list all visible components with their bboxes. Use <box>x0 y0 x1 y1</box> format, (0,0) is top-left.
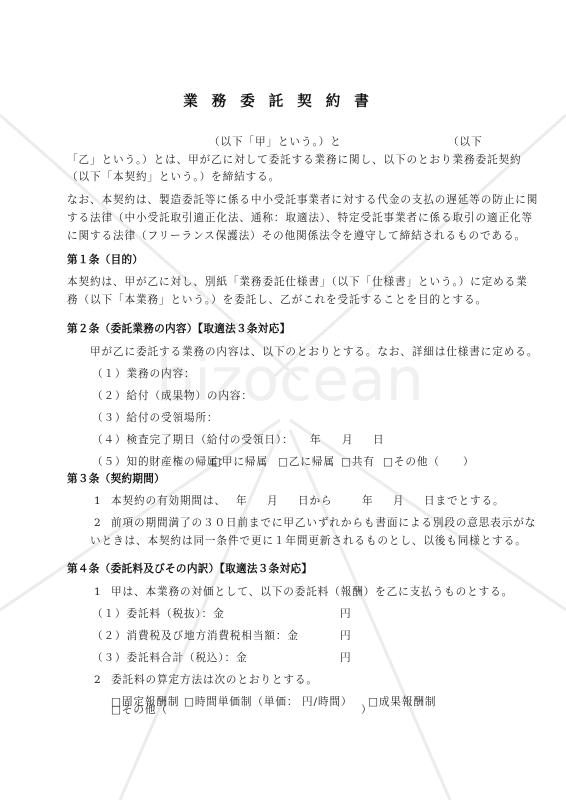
preamble-line-6: に関する法律（フリーランス保護法）その他関係法令を遵守して締結されるものである。 <box>67 229 526 243</box>
method-result-checkbox[interactable]: □成果報酬制 <box>368 695 436 709</box>
article-3-heading: 第３条（契約期間） <box>67 472 165 486</box>
article-2-heading: 第２条（委託業務の内容）【取適法３条対応】 <box>67 322 290 336</box>
article-1-line-1: 本契約は、甲が乙に対し、別紙「業務委託仕様書」（以下「仕様書」という。）に定める… <box>67 275 528 289</box>
article-2-intro: 甲が乙に委託する業務の内容は、以下のとおりとする。なお、詳細は仕様書に定める。 <box>90 345 538 359</box>
ip-option-shared[interactable]: □共有 <box>341 455 375 469</box>
fee-row-3-unit: 円 <box>340 651 352 665</box>
term-end-day: 日までとする。 <box>424 494 504 508</box>
article-2-item-1: （１）業務の内容： <box>92 367 195 381</box>
term-end-month: 月 <box>393 494 405 508</box>
article-4-para-1-text: 甲は、本業務の対価として、以下の委託料（報酬）を乙に支払うものとする。 <box>111 585 513 599</box>
ip-option-party-a[interactable]: □甲に帰属 <box>211 455 268 469</box>
article-2-item-2: （２）給付（成果物）の内容： <box>92 389 253 403</box>
fee-row-2-label: （２）消費税及び地方消費税相当額：金 <box>92 629 299 643</box>
term-start-year: 年 <box>236 494 248 508</box>
fee-row-2-unit: 円 <box>340 629 352 643</box>
preamble-line-2: 「乙」という。）とは、甲が乙に対して委託する業務に関し、以下のとおり業務委託契約 <box>67 153 521 167</box>
article-3-para-1-text: 本契約の有効期間は、 <box>111 494 226 508</box>
method-hourly-unit: 円/時間） <box>302 695 352 709</box>
ip-option-other-close: ） <box>463 455 475 469</box>
preamble-line-4: なお、本契約は、製造委託等に係る中小受託事業者に対する代金の支払の遅延等の防止に… <box>67 193 538 207</box>
term-start-day: 日から <box>298 494 332 508</box>
fee-row-1-unit: 円 <box>340 607 352 621</box>
ip-option-party-b[interactable]: □乙に帰属 <box>278 455 335 469</box>
article-3-para-2-line-2: いときは、本契約は同一条件で更に１年間更新されるものとし、以後も同様とする。 <box>90 534 527 548</box>
article-3-para-2-num: 2 <box>94 516 102 530</box>
article-4-para-1-num: 1 <box>94 585 102 599</box>
preamble-line-1a: （以下「甲」という。）と <box>209 135 342 149</box>
article-3-para-2-line-1: 前項の期間満了の３０日前までに甲乙いずれからも書面による別段の意思表示がな <box>111 516 536 530</box>
article-4-para-2-text: 委託料の算定方法は次のとおりとする。 <box>111 673 318 687</box>
ip-option-other[interactable]: □その他（ <box>383 455 440 469</box>
article-3-para-1-num: 1 <box>94 494 102 508</box>
article-4-heading: 第４条（委託料及びその内訳）【取適法３条対応】 <box>67 562 312 576</box>
preamble-line-1b: （以下 <box>448 135 482 149</box>
article-2-item-5-label: （５）知的財産権の帰属： <box>92 455 230 469</box>
method-other-checkbox[interactable]: □その他（ <box>111 703 168 717</box>
method-hourly-checkbox[interactable]: □時間単価制（単価： <box>184 695 298 709</box>
fee-row-1-label: （１）委託料（税抜）：金 <box>92 607 225 621</box>
preamble-line-3: （以下「本契約」という。）を締結する。 <box>67 170 280 184</box>
article-2-item-4-day: 日 <box>373 433 385 447</box>
contract-page: 業務委託契約書 （以下「甲」という。）と （以下 「乙」という。）とは、甲が乙に… <box>0 0 566 800</box>
preamble-line-5: する法律（中小受託取引適正化法、通称：取適法）、特定受託事業者に係る取引の適正化… <box>67 211 533 225</box>
article-1-heading: 第１条（目的） <box>67 253 143 267</box>
term-end-year: 年 <box>362 494 374 508</box>
article-2-item-4-month: 月 <box>342 433 354 447</box>
article-1-line-2: 務（以下「本業務」という。）を委託し、乙がこれを受託することを目的とする。 <box>67 293 487 307</box>
term-start-month: 月 <box>267 494 279 508</box>
document-title: 業務委託契約書 <box>0 90 566 111</box>
article-2-item-3: （３）給付の受領場所： <box>92 411 218 425</box>
fee-row-3-label: （３）委託料合計（税込）：金 <box>92 651 248 665</box>
article-2-item-4-label: （４）検査完了期日（給付の受領日）： <box>92 433 294 447</box>
article-4-para-2-num: 2 <box>94 673 102 687</box>
article-2-item-4-year: 年 <box>310 433 322 447</box>
method-other-close: ） <box>361 703 373 717</box>
